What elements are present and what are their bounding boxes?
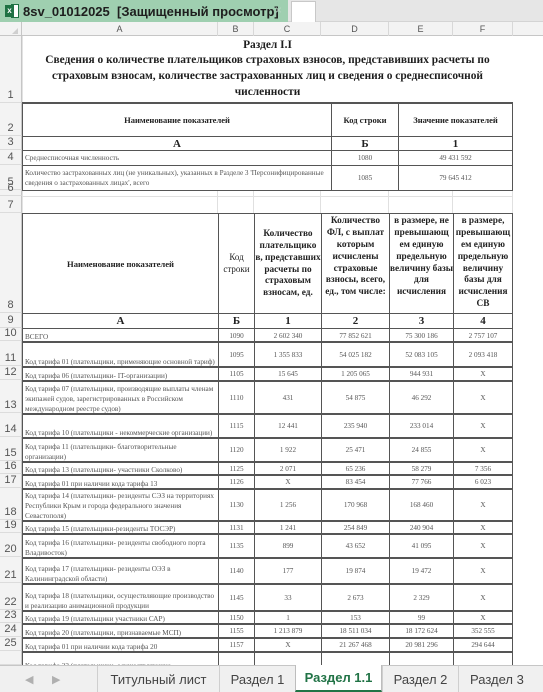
table-cell-row-name[interactable]: Код тарифа 10 (плательщики - некоммерчес… xyxy=(22,413,219,439)
top-letter-1[interactable]: 1 xyxy=(398,136,513,151)
row-header[interactable]: 20 xyxy=(0,533,22,557)
top-row-value[interactable]: 49 431 592 xyxy=(398,150,513,166)
top-row-value[interactable]: 79 645 412 xyxy=(398,165,513,191)
protected-view-label: [Защищенный просмотр] xyxy=(117,4,279,19)
close-tab-icon[interactable]: × xyxy=(275,3,282,17)
section-heading: Раздел I.I xyxy=(243,38,292,54)
top-letter-a[interactable]: А xyxy=(22,136,332,151)
row-header[interactable]: 2 xyxy=(0,103,22,136)
row-header[interactable]: 9 xyxy=(0,313,22,328)
table-cell-below-limit-count[interactable]: 2 329 xyxy=(389,583,454,612)
top-letter-b[interactable]: Б xyxy=(331,136,399,151)
table-cell-row-name[interactable]: Код тарифа 14 (плательщики- резиденты СЭ… xyxy=(22,488,219,522)
main-header-code[interactable]: Код строки xyxy=(218,213,255,314)
row-header[interactable]: 23 xyxy=(0,610,22,623)
table-cell-above-limit-count[interactable]: 2 093 418 xyxy=(453,341,513,368)
window-title-bar: x 8sv_01012025 [Защищенный просмотр] × xyxy=(0,0,543,22)
sheet-tab-title-page[interactable]: Титульный лист xyxy=(97,666,219,692)
table-cell-persons-count[interactable]: 25 471 xyxy=(321,437,390,463)
table-cell-above-limit-count[interactable]: X xyxy=(453,380,513,415)
table-cell-payers-count[interactable]: 431 xyxy=(254,380,322,415)
empty-cell[interactable] xyxy=(254,197,321,214)
table-cell-row-name[interactable]: Код тарифа 16 (плательщики- резиденты св… xyxy=(22,533,219,559)
table-cell-row-name[interactable]: Код тарифа 11 (плательщики- благотворите… xyxy=(22,437,219,463)
table-cell-payers-count[interactable]: 1 256 xyxy=(254,488,322,522)
main-letter-4[interactable]: 4 xyxy=(453,313,513,329)
table-cell-payers-count[interactable]: 1 355 833 xyxy=(254,341,322,368)
column-header-e[interactable]: E xyxy=(389,22,453,36)
row-header[interactable]: 4 xyxy=(0,150,22,165)
row-header[interactable]: 16 xyxy=(0,461,22,474)
table-cell-above-limit-count[interactable] xyxy=(453,651,513,665)
table-cell-row-code[interactable]: 1110 xyxy=(218,380,255,415)
top-row-code[interactable]: 1085 xyxy=(331,165,399,191)
section-title-cell[interactable]: Раздел I.I Сведения о количестве платель… xyxy=(22,36,513,103)
sheet-tab-bar: ◀ ▶ Титульный лист Раздел 1 Раздел 1.1 Р… xyxy=(0,665,543,692)
table-cell-row-code[interactable]: 1135 xyxy=(218,533,255,559)
new-tab-button[interactable] xyxy=(291,1,316,22)
table-cell-payers-count[interactable]: 177 xyxy=(254,557,322,585)
row-header[interactable]: 24 xyxy=(0,623,22,637)
main-letter-1[interactable]: 1 xyxy=(254,313,322,329)
excel-icon: x xyxy=(5,4,19,18)
table-cell-persons-count[interactable]: 19 874 xyxy=(321,557,390,585)
row-header[interactable]: 18 xyxy=(0,488,22,520)
row-header[interactable]: 15 xyxy=(0,437,22,461)
row-header[interactable]: 21 xyxy=(0,557,22,583)
spreadsheet-grid[interactable]: Раздел I.I Сведения о количестве платель… xyxy=(22,36,543,665)
sheet-tab-section-1[interactable]: Раздел 1 xyxy=(219,666,295,692)
scroll-tabs-left-icon[interactable]: ◀ xyxy=(25,673,33,686)
table-cell-persons-count[interactable]: 54 025 182 xyxy=(321,341,390,368)
table-cell-above-limit-count[interactable]: X xyxy=(453,533,513,559)
top-header-name[interactable]: Наименование показателей xyxy=(22,103,332,137)
column-header-d[interactable]: D xyxy=(321,22,389,36)
main-header-payers-count[interactable]: Количество плательщико в, представших ра… xyxy=(254,213,322,314)
table-cell-row-code[interactable] xyxy=(218,651,255,665)
empty-cell[interactable] xyxy=(218,197,254,214)
table-cell-persons-count[interactable]: 43 652 xyxy=(321,533,390,559)
row-header[interactable]: 14 xyxy=(0,413,22,437)
main-letter-2[interactable]: 2 xyxy=(321,313,390,329)
top-row-name[interactable]: Количество застрахованных лиц (не уникал… xyxy=(22,165,332,191)
column-header-c[interactable]: C xyxy=(254,22,321,36)
protected-view-label xyxy=(110,4,117,19)
column-header-f[interactable]: F xyxy=(453,22,513,36)
table-cell-below-limit-count[interactable]: 19 472 xyxy=(389,557,454,585)
table-cell-above-limit-count[interactable]: X xyxy=(453,437,513,463)
section-title: Сведения о количестве плательщиков страх… xyxy=(32,53,503,100)
table-cell-row-name[interactable]: Код тарифа 07 (плательщики, производящие… xyxy=(22,380,219,415)
row-header[interactable]: 19 xyxy=(0,520,22,533)
table-cell-payers-count[interactable]: 12 441 xyxy=(254,413,322,439)
table-cell-below-limit-count[interactable]: 41 095 xyxy=(389,533,454,559)
top-header-code[interactable]: Код строки xyxy=(331,103,399,137)
table-cell-row-name[interactable]: Код тарифа 22 (плательщики, осуществляющ… xyxy=(22,651,219,665)
top-header-value[interactable]: Значение показателей xyxy=(398,103,513,137)
document-tab[interactable]: x 8sv_01012025 [Защищенный просмотр] × xyxy=(0,0,288,22)
sheet-tab-section-1-1[interactable]: Раздел 1.1 xyxy=(295,665,382,692)
main-letter-a[interactable]: А xyxy=(22,313,219,329)
table-cell-below-limit-count[interactable]: 46 292 xyxy=(389,380,454,415)
table-cell-persons-count[interactable]: 170 968 xyxy=(321,488,390,522)
row-header[interactable]: 25 xyxy=(0,637,22,651)
table-cell-payers-count[interactable]: 1 922 xyxy=(254,437,322,463)
table-cell-row-name[interactable]: Код тарифа 17 (плательщики- резиденты ОЭ… xyxy=(22,557,219,585)
table-cell-persons-count[interactable]: 235 940 xyxy=(321,413,390,439)
table-cell-above-limit-count[interactable]: X xyxy=(453,583,513,612)
table-cell-payers-count[interactable] xyxy=(254,651,322,665)
table-cell-above-limit-count[interactable]: X xyxy=(453,488,513,522)
table-cell-above-limit-count[interactable]: X xyxy=(453,413,513,439)
table-cell-above-limit-count[interactable]: X xyxy=(453,557,513,585)
column-header-b[interactable]: B xyxy=(218,22,254,36)
empty-cell[interactable] xyxy=(453,197,513,214)
main-letter-b[interactable]: Б xyxy=(218,313,255,329)
table-cell-row-code[interactable]: 1115 xyxy=(218,413,255,439)
table-cell-row-code[interactable]: 1140 xyxy=(218,557,255,585)
select-all-button[interactable] xyxy=(0,22,22,36)
row-header[interactable]: 13 xyxy=(0,380,22,413)
table-cell-persons-count[interactable]: 54 875 xyxy=(321,380,390,415)
row-header[interactable]: 3 xyxy=(0,136,22,150)
table-cell-persons-count[interactable] xyxy=(321,651,390,665)
table-cell-below-limit-count[interactable]: 233 014 xyxy=(389,413,454,439)
table-cell-row-name[interactable]: Код тарифа 01 (плательщики, применяющие … xyxy=(22,341,219,368)
table-cell-below-limit-count[interactable]: 168 460 xyxy=(389,488,454,522)
top-row-name[interactable]: Среднесписочная численность xyxy=(22,150,332,166)
row-header[interactable]: 17 xyxy=(0,474,22,488)
main-header-name[interactable]: Наименование показателей xyxy=(22,213,219,314)
row-header[interactable] xyxy=(0,651,22,665)
table-cell-persons-count[interactable]: 2 673 xyxy=(321,583,390,612)
empty-cell[interactable] xyxy=(22,197,218,214)
row-header[interactable]: 12 xyxy=(0,366,22,380)
main-header-below-limit[interactable]: в размере, не превышающ ем единую предел… xyxy=(389,213,454,314)
row-header[interactable]: 8 xyxy=(0,213,22,313)
table-cell-below-limit-count[interactable]: 52 083 105 xyxy=(389,341,454,368)
table-cell-row-name[interactable]: Код тарифа 18 (плательщики, осуществляющ… xyxy=(22,583,219,612)
row-header[interactable]: 7 xyxy=(0,196,22,213)
sheet-tab-section-3[interactable]: Раздел 3 xyxy=(458,666,543,692)
row-header[interactable]: 1 xyxy=(0,36,22,103)
empty-cell[interactable] xyxy=(389,197,453,214)
top-row-code[interactable]: 1080 xyxy=(331,150,399,166)
table-cell-below-limit-count[interactable]: 24 855 xyxy=(389,437,454,463)
table-cell-row-code[interactable]: 1120 xyxy=(218,437,255,463)
table-cell-row-code[interactable]: 1130 xyxy=(218,488,255,522)
table-cell-row-code[interactable]: 1145 xyxy=(218,583,255,612)
sheet-tab-section-2[interactable]: Раздел 2 xyxy=(382,666,458,692)
empty-cell[interactable] xyxy=(321,197,389,214)
column-header-a[interactable]: A xyxy=(22,22,218,36)
table-cell-below-limit-count[interactable] xyxy=(389,651,454,665)
table-cell-payers-count[interactable]: 899 xyxy=(254,533,322,559)
row-header[interactable]: 11 xyxy=(0,341,22,366)
file-name: 8sv_01012025 xyxy=(23,4,110,19)
main-header-persons-count[interactable]: Количество ФЛ, с выплат которым исчислен… xyxy=(321,213,390,314)
row-header[interactable]: 10 xyxy=(0,328,22,341)
column-header-bar: A B C D E F xyxy=(0,22,543,36)
row-header[interactable]: 22 xyxy=(0,583,22,610)
table-cell-row-code[interactable]: 1095 xyxy=(218,341,255,368)
main-letter-3[interactable]: 3 xyxy=(389,313,454,329)
scroll-tabs-right-icon[interactable]: ▶ xyxy=(52,673,60,686)
table-cell-payers-count[interactable]: 33 xyxy=(254,583,322,612)
main-header-above-limit[interactable]: в размере, превышающ ем единую предельну… xyxy=(453,213,513,314)
